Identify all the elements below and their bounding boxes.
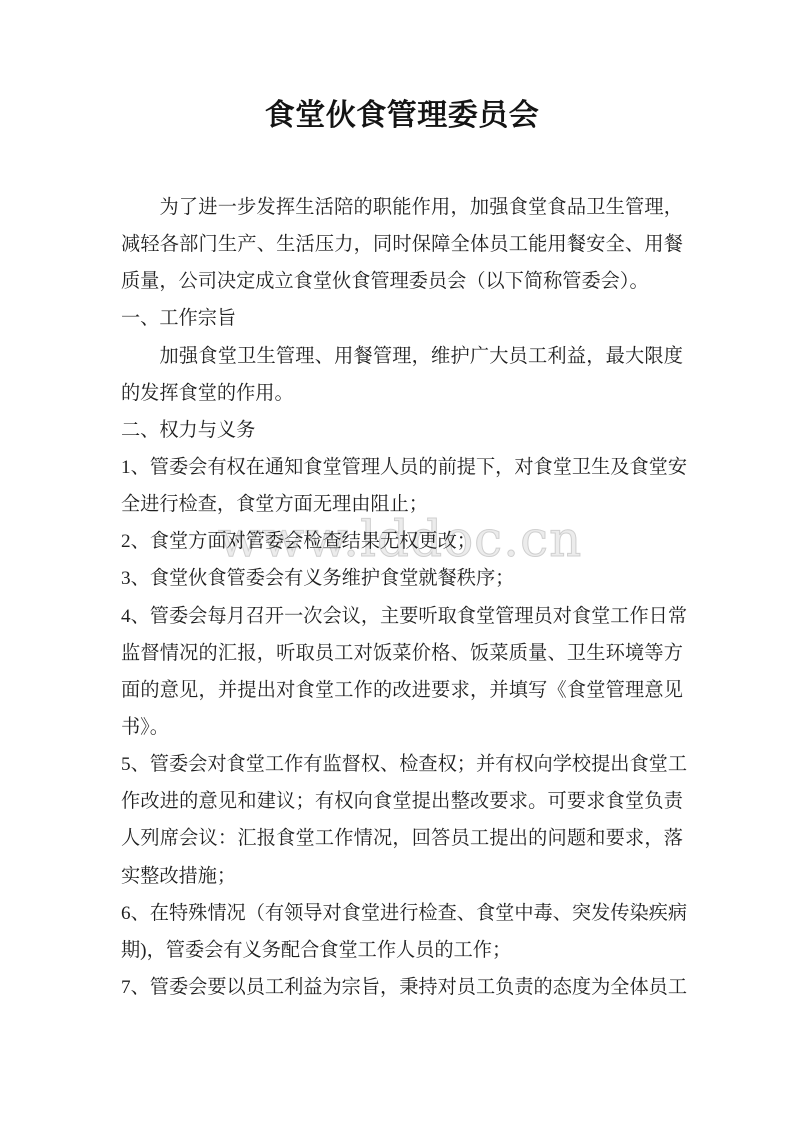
text-line: 1、管委会有权在通知食堂管理人员的前提下，对食堂卫生及食堂安 bbox=[121, 449, 683, 486]
text-line: 4、管委会每月召开一次会议，主要听取食堂管理员对食堂工作日常 bbox=[121, 598, 683, 635]
text-line: 人列席会议：汇报食堂工作情况，回答员工提出的问题和要求，落 bbox=[121, 820, 683, 857]
text-line: 书》。 bbox=[121, 709, 683, 746]
text-line: 一、工作宗旨 bbox=[121, 300, 683, 337]
text-line: 3、食堂伙食管委会有义务维护食堂就餐秩序； bbox=[121, 560, 683, 597]
text-line: 加强食堂卫生管理、用餐管理，维护广大员工利益，最大限度 bbox=[121, 338, 683, 375]
text-line: 2、食堂方面对管委会检查结果无权更改； bbox=[121, 523, 683, 560]
document-body: 为了进一步发挥生活陪的职能作用，加强食堂食品卫生管理，减轻各部门生产、生活压力，… bbox=[121, 189, 683, 1006]
text-line: 减轻各部门生产、生活压力，同时保障全体员工能用餐安全、用餐 bbox=[121, 226, 683, 263]
text-line: 5、管委会对食堂工作有监督权、检查权；并有权向学校提出食堂工 bbox=[121, 746, 683, 783]
text-line: 的发挥食堂的作用。 bbox=[121, 375, 683, 412]
text-line: 6、在特殊情况（有领导对食堂进行检查、食堂中毒、突发传染疾病 bbox=[121, 895, 683, 932]
text-line: 实整改措施； bbox=[121, 858, 683, 895]
text-line: 期)，管委会有义务配合食堂工作人员的工作； bbox=[121, 932, 683, 969]
text-line: 质量，公司决定成立食堂伙食管理委员会（以下简称管委会）。 bbox=[121, 263, 683, 300]
text-line: 监督情况的汇报，听取员工对饭菜价格、饭菜质量、卫生环境等方 bbox=[121, 635, 683, 672]
document-title: 食堂伙食管理委员会 bbox=[121, 96, 683, 136]
text-line: 二、权力与义务 bbox=[121, 412, 683, 449]
text-line: 作改进的意见和建议；有权向食堂提出整改要求。可要求食堂负责 bbox=[121, 783, 683, 820]
text-line: 面的意见，并提出对食堂工作的改进要求，并填写《食堂管理意见 bbox=[121, 672, 683, 709]
text-line: 全进行检查，食堂方面无理由阻止； bbox=[121, 486, 683, 523]
text-line: 7、管委会要以员工利益为宗旨，秉持对员工负责的态度为全体员工 bbox=[121, 969, 683, 1006]
text-line: 为了进一步发挥生活陪的职能作用，加强食堂食品卫生管理， bbox=[121, 189, 683, 226]
document-page: www.lddoc.cn 食堂伙食管理委员会 为了进一步发挥生活陪的职能作用，加… bbox=[0, 0, 800, 1132]
